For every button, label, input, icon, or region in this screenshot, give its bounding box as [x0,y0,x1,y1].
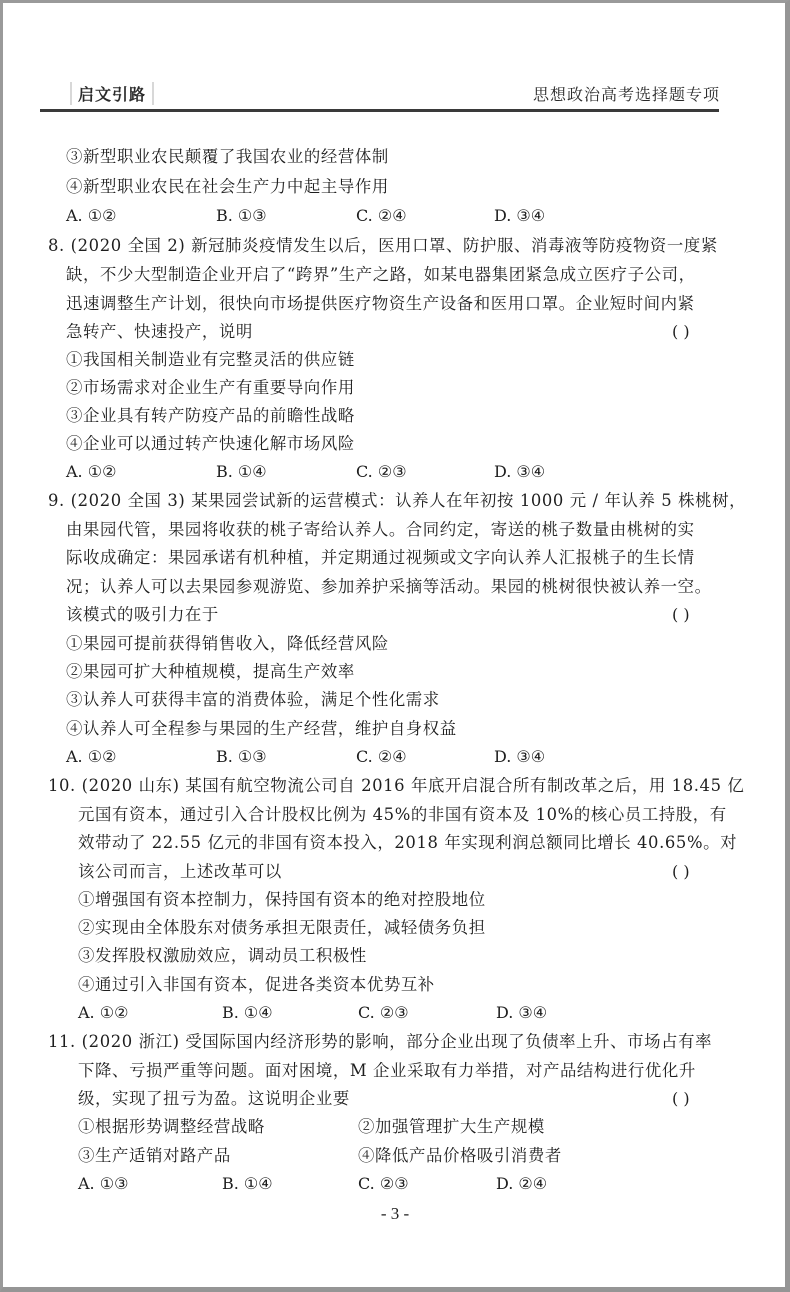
statement: ③生产适销对路产品 [78,1146,231,1166]
option-c: C. ②③ [356,462,407,482]
statement: ①根据形势调整经营战略 [78,1117,265,1137]
option-c: C. ②③ [358,1174,409,1194]
question-stem: 级，实现了扭亏为盈。这说明企业要 [78,1089,350,1109]
statement: ③发挥股权激励效应，调动员工积极性 [78,946,367,966]
statement: ②加强管理扩大生产规模 [358,1117,545,1137]
option-d: D. ③④ [494,747,545,767]
statement: ②果园可扩大种植规模，提高生产效率 [66,662,355,682]
page-number: - 3 - [0,1204,790,1224]
question-stem: 效带动了 22.55 亿元的非国有资本投入，2018 年实现利润总额同比增长 4… [78,833,737,853]
question-stem: 8. (2020 全国 2) 新冠肺炎疫情发生以后，医用口罩、防护服、消毒液等防… [48,236,718,256]
statement: ③新型职业农民颠覆了我国农业的经营体制 [66,147,389,167]
option-b: B. ①④ [222,1003,273,1023]
option-d: D. ③④ [494,462,545,482]
question-stem: 下降、亏损严重等问题。面对困境，M 企业采取有力举措，对产品结构进行优化升 [78,1061,696,1081]
statement: ④认养人可全程参与果园的生产经营，维护自身权益 [66,719,457,739]
statement: ①增强国有资本控制力，保持国有资本的绝对控股地位 [78,890,486,910]
option-a: A. ①② [66,462,116,482]
statement: ②市场需求对企业生产有重要导向作用 [66,378,355,398]
question-stem: 况；认养人可以去果园参观游览、参加养护采摘等活动。果园的桃树很快被认养一空。 [66,577,712,597]
option-c: C. ②④ [356,747,407,767]
header-rule [40,109,719,112]
option-a: A. ①② [66,747,116,767]
answer-blank: ( ) [672,1089,690,1109]
statement: ④通过引入非国有资本，促进各类资本优势互补 [78,975,435,995]
question-stem: 迅速调整生产计划，很快向市场提供医疗物资生产设备和医用口罩。企业短时间内紧 [66,294,695,314]
question-stem: 10. (2020 山东) 某国有航空物流公司自 2016 年底开启混合所有制改… [48,776,744,796]
question-stem: 9. (2020 全国 3) 某果园尝试新的运营模式：认养人在年初按 1000 … [48,491,746,511]
statement: ④降低产品价格吸引消费者 [358,1146,562,1166]
statement: ①我国相关制造业有完整灵活的供应链 [66,350,355,370]
question-stem: 缺，不少大型制造企业开启了“跨界”生产之路，如某电器集团紧急成立医疗子公司， [66,265,696,285]
option-b: B. ①③ [216,747,267,767]
running-header: 启文引路 思想政治高考选择题专项 [40,76,720,112]
question-stem: 急转产、快速投产，说明 [66,322,253,342]
option-c: C. ②③ [358,1003,409,1023]
statement: ④企业可以通过转产快速化解市场风险 [66,434,355,454]
option-a: A. ①② [78,1003,128,1023]
question-stem: 元国有资本，通过引入合计股权比例为 45%的非国有资本及 10%的核心员工持股，… [78,805,727,825]
answer-blank: ( ) [672,322,690,342]
question-stem: 该模式的吸引力在于 [66,605,219,625]
question-stem: 由果园代管，果园将收获的桃子寄给认养人。合同约定，寄送的桃子数量由桃树的实 [66,520,695,540]
option-b: B. ①④ [216,462,267,482]
answer-blank: ( ) [672,605,690,625]
statement: ②实现由全体股东对债务承担无限责任，减轻债务负担 [78,918,486,938]
statement: ④新型职业农民在社会生产力中起主导作用 [66,177,389,197]
option-b: B. ①④ [222,1174,273,1194]
option-a: A. ①③ [78,1174,128,1194]
option-d: D. ②④ [496,1174,547,1194]
option-b: B. ①③ [216,206,267,226]
option-a: A. ①② [66,206,116,226]
brand-label: 启文引路 [70,82,154,105]
option-c: C. ②④ [356,206,407,226]
statement: ①果园可提前获得销售收入，降低经营风险 [66,634,389,654]
question-stem: 11. (2020 浙江) 受国际国内经济形势的影响，部分企业出现了负债率上升、… [48,1032,712,1052]
option-d: D. ③④ [494,206,545,226]
question-stem: 际收成确定：果园承诺有机种植，并定期通过视频或文字向认养人汇报桃子的生长情 [66,548,695,568]
statement: ③企业具有转产防疫产品的前瞻性战略 [66,406,355,426]
question-stem: 该公司而言，上述改革可以 [78,862,282,882]
series-title: 思想政治高考选择题专项 [155,82,720,105]
statement: ③认养人可获得丰富的消费体验，满足个性化需求 [66,690,440,710]
option-d: D. ③④ [496,1003,547,1023]
answer-blank: ( ) [672,862,690,882]
